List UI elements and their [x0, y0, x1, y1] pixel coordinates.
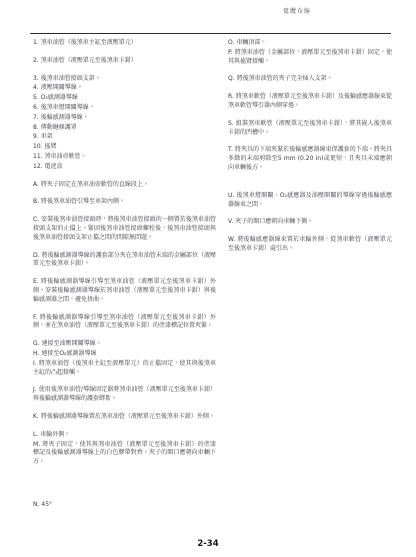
item-text: 將後煞車油管引導至車架內側。 — [41, 198, 125, 205]
list-item: M.將夾子固定，使其與煞車油管（液壓單元至後煞車卡鉗）的塗漆標記及後輪感測器導線… — [33, 441, 216, 467]
item-text: 車輛頂部。 — [236, 39, 266, 46]
item-key: 2. — [33, 57, 39, 64]
item-text: 將後輪感測器導線的護套部分夾在煞車油管末端的金屬部位（液壓單元至後煞車卡鉗）。 — [33, 252, 216, 268]
list-item: K.將後輪感測器導線置於煞車油管（液壓單元至後煞車卡鉗）外側。 — [33, 413, 216, 422]
item-key: 10. — [33, 143, 43, 150]
list-item: D.將後輪感測器導線的護套部分夾在煞車油管末端的金屬部位（液壓單元至後煞車卡鉗）… — [33, 252, 216, 270]
manual-page: { "page": { "header_title": "電纜布線", "pag… — [0, 0, 416, 557]
list-item: C.安裝後煞車油管接頭時，將後煞車油管接頭的一側置於後煞車油管接頭支架的止擋上。… — [33, 216, 216, 242]
list-item: E.將後輪感測器導線引導至煞車油管（液壓單元至後煞車卡鉗）外側。安裝後輪感測器導… — [33, 278, 216, 304]
list-item: 2.煞車油管（液壓單元至後煞車卡鉗） — [33, 57, 216, 66]
item-key: W. — [228, 236, 235, 243]
item-text: 將煞車軟管（液壓單元至後煞車卡鉗）及後輪感應器線束從煞車軟管導引器內側穿過。 — [228, 93, 392, 109]
item-text: 後煞車燈開關、O₂感應器及油壓開關的導線穿過後輪感應器線束之間。 — [228, 192, 392, 208]
list-item: 12.電池盒 — [33, 163, 216, 172]
right-column: O.車輛頂部。P.將煞車油管（金屬部位，液壓單元至後煞車卡鉗）固定，使其與搖臂接… — [228, 39, 392, 255]
item-key: H. — [33, 350, 39, 357]
list-item: O.車輛頂部。 — [228, 39, 392, 48]
item-text: 將夾子固定，使其與煞車油管（液壓單元至後煞車卡鉗）的塗漆標記及後輪感測器導線上的… — [33, 441, 216, 466]
item-key: 12. — [33, 163, 43, 170]
item-text: 車架 — [41, 133, 53, 140]
item-text: 將煞車油管（金屬部位，液壓單元至後煞車卡鉗）固定，使其與搖臂接觸。 — [228, 49, 392, 65]
item-text: 將後煞車油管的夾子完全插入支架。 — [237, 75, 333, 82]
list-item: I.將煞車油管（後煞車主缸至液壓單元）的止擋固定，使其與後煞車主缸的凸起接觸。 — [33, 360, 216, 378]
item-text: 將後輪感測器導線引導至煞車油管（液壓單元至後煞車卡鉗）外側。安裝後輪感測器導線於… — [33, 278, 216, 303]
item-text: 安裝後煞車油管接頭時，將後煞車油管接頭的一側置於後煞車油管接頭支架的止擋上。緊固… — [33, 216, 216, 241]
item-key: M. — [33, 441, 40, 448]
item-key: S. — [228, 120, 234, 127]
item-key: C. — [33, 216, 39, 223]
item-text: 將後輪感測器導線引導至煞車油管（液壓單元至後煞車卡鉗）外側，並在煞車油管（液壓單… — [33, 314, 216, 330]
item-key: K. — [33, 413, 39, 420]
item-key: A. — [33, 181, 39, 188]
item-key: 3. — [33, 75, 39, 82]
item-text: 將夾具的下端夾緊於後輪感應器線束保護套的下端。將夾具多餘的末端剪除至5 mm (… — [228, 146, 392, 171]
list-item: 3.後煞車油管接頭支架。 — [33, 75, 216, 84]
item-text: 連接至O₂感測器導線 — [41, 350, 96, 357]
page-number: 2-34 — [0, 539, 416, 549]
item-text: 電池盒 — [45, 163, 63, 170]
item-key: 4. — [33, 84, 39, 91]
list-item: G.連接至油壓開關導線。 — [33, 340, 216, 349]
item-text: 夾子的開口應朝向車輛下側。 — [235, 218, 313, 225]
list-item: U.後煞車燈開關、O₂感應器及油壓開關的導線穿過後輪感應器線束之間。 — [228, 192, 392, 210]
item-key: E. — [33, 278, 39, 285]
item-key: 7. — [33, 114, 39, 121]
list-item: 9.車架 — [33, 133, 216, 142]
item-text: 車輪外側。 — [40, 431, 70, 438]
item-text: 組裝煞車軟管（液壓單元至後煞車卡鉗），將其嵌入後煞車卡鉗的凹槽中。 — [228, 120, 392, 136]
item-key: L. — [33, 431, 38, 438]
list-item: 1.煞車油管（後煞車主缸至液壓單元） — [33, 39, 216, 48]
item-text: 連接至油壓開關導線。 — [42, 340, 102, 347]
item-text: 將後輪感測器導線置於煞車油管（液壓單元至後煞車卡鉗）外側。 — [41, 413, 215, 420]
item-key: 5. — [33, 94, 39, 101]
list-item: 6.後煞車燈開關導線。 — [33, 104, 216, 113]
item-text: 後煞車油管接頭支架。 — [41, 75, 101, 82]
item-key: G. — [33, 340, 40, 347]
item-key: O. — [228, 39, 234, 46]
header-divider — [30, 33, 391, 34]
item-text: 後輪感測器導線。 — [41, 114, 89, 121]
item-key: V. — [228, 218, 233, 225]
item-key: P. — [228, 49, 233, 56]
left-column: 1.煞車油管（後煞車主缸至液壓單元）2.煞車油管（液壓單元至後煞車卡鉗）3.後煞… — [33, 39, 216, 511]
item-text: 使用後煞車油管/導線固定器將煞車油管（液壓單元至後煞車卡鉗）與後輪感測器導線的護… — [33, 386, 216, 402]
item-text: 傳動鏈條護罩 — [41, 124, 77, 131]
list-item: F.將後輪感測器導線引導至煞車油管（液壓單元至後煞車卡鉗）外側，並在煞車油管（液… — [33, 314, 216, 332]
item-key: T. — [228, 146, 233, 153]
list-item: T.將夾具的下端夾緊於後輪感應器線束保護套的下端。將夾具多餘的末端剪除至5 mm… — [228, 146, 392, 172]
item-text: 將後輪感應器線束置於車輪外側，從煞車軟管（液壓單元至後煞車卡鉗）處引出。 — [228, 236, 392, 252]
list-item: J.使用後煞車油管/導線固定器將煞車油管（液壓單元至後煞車卡鉗）與後輪感測器導線… — [33, 386, 216, 404]
item-key: D. — [33, 252, 40, 259]
item-key: R. — [228, 93, 234, 100]
item-key: 1. — [33, 39, 39, 46]
item-key: 9. — [33, 133, 39, 140]
item-key: I. — [33, 360, 37, 367]
item-text: 液壓開關導線。 — [41, 84, 83, 91]
item-key: 11. — [33, 153, 43, 160]
list-item: Q.將後煞車油管的夾子完全插入支架。 — [228, 75, 392, 84]
list-item: 5.O₂感測器導線 — [33, 94, 216, 103]
item-text: 將煞車油管（後煞車主缸至液壓單元）的止擋固定，使其與後煞車主缸的凸起接觸。 — [33, 360, 216, 376]
item-key: 8. — [33, 124, 39, 131]
item-key: F. — [33, 314, 37, 321]
list-item: A.將夾子固定在煞車油壺軟管的直線段上。 — [33, 181, 216, 190]
item-text: 煞車油壺軟管。 — [45, 153, 87, 160]
item-text: 搖臂 — [45, 143, 57, 150]
list-item: R.將煞車軟管（液壓單元至後煞車卡鉗）及後輪感應器線束從煞車軟管導引器內側穿過。 — [228, 93, 392, 111]
list-item: S.組裝煞車軟管（液壓單元至後煞車卡鉗），將其嵌入後煞車卡鉗的凹槽中。 — [228, 120, 392, 138]
list-item: 8.傳動鏈條護罩 — [33, 124, 216, 133]
list-item: 11.煞車油壺軟管。 — [33, 153, 216, 162]
item-key: 6. — [33, 104, 39, 111]
item-key: Q. — [228, 75, 235, 82]
item-text: 煞車油管（液壓單元至後煞車卡鉗） — [41, 57, 137, 64]
item-key: N. — [33, 501, 39, 508]
item-text: 後煞車燈開關導線。 — [41, 104, 95, 111]
item-text: 煞車油管（後煞車主缸至液壓單元） — [41, 39, 137, 46]
page-header-title: 電纜布線 — [283, 6, 311, 15]
list-item: 4.液壓開關導線。 — [33, 84, 216, 93]
list-item: V.夾子的開口應朝向車輛下側。 — [228, 218, 392, 227]
list-item: H.連接至O₂感測器導線 — [33, 350, 216, 359]
item-text: 將夾子固定在煞車油壺軟管的直線段上。 — [41, 181, 149, 188]
list-item: B.將後煞車油管引導至車架內側。 — [33, 198, 216, 207]
list-item: P.將煞車油管（金屬部位，液壓單元至後煞車卡鉗）固定，使其與搖臂接觸。 — [228, 49, 392, 67]
item-key: U. — [228, 192, 234, 199]
item-text: O₂感測器導線 — [41, 94, 78, 101]
item-key: J. — [33, 386, 37, 393]
list-item: W.將後輪感應器線束置於車輪外側，從煞車軟管（液壓單元至後煞車卡鉗）處引出。 — [228, 236, 392, 254]
list-item: N.45° — [33, 501, 216, 510]
list-item: 10.搖臂 — [33, 143, 216, 152]
item-text: 45° — [41, 501, 52, 508]
item-key: B. — [33, 198, 39, 205]
list-item: 7.後輪感測器導線。 — [33, 114, 216, 123]
list-item: L.車輪外側。 — [33, 431, 216, 440]
